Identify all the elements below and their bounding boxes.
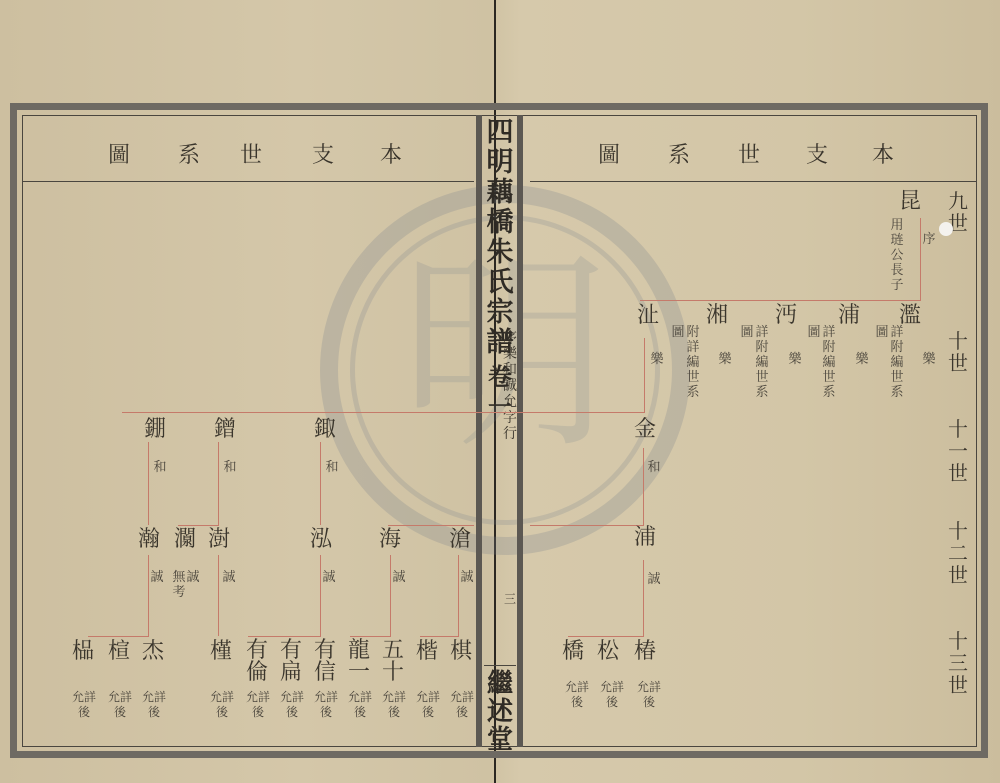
gen-label-13: 十三世: [946, 630, 970, 696]
right-header-char-4: 支: [806, 138, 828, 169]
lineage-line: [640, 300, 921, 301]
gen-mark: 誠: [222, 570, 236, 585]
person-left-13-7: 有信: [312, 640, 338, 684]
person-left-13-9: 五十: [380, 640, 406, 684]
right-header-rule: [530, 181, 976, 182]
person-pu: 浦: [632, 526, 658, 550]
left-header-rule: [22, 181, 474, 182]
person-note: 允詳後: [635, 680, 663, 710]
lineage-line: [88, 636, 149, 637]
person-note: 允詳後: [244, 690, 272, 720]
left-header-char-3: 世: [240, 138, 262, 169]
person-left-12-5: 海: [377, 528, 403, 552]
lineage-line: [568, 636, 644, 637]
lineage-line: [420, 636, 459, 637]
lineage-line: [390, 555, 391, 636]
gen-mark: 樂: [650, 352, 664, 367]
gen-mark: 和: [325, 460, 339, 475]
lineage-line: [148, 555, 149, 636]
person-left-12-6: 滄: [447, 528, 473, 552]
person-left-13-3: 杰: [140, 640, 166, 664]
person-left-11-3: 鋷: [312, 418, 338, 442]
person-note: 附詳編世系: [686, 325, 700, 400]
person-note: 允詳後: [414, 690, 442, 720]
right-header-char-1: 圖: [598, 138, 620, 169]
person-left-13-1: 榀: [70, 640, 96, 664]
person-note: 允詳後: [278, 690, 306, 720]
gen-mark: 樂: [718, 352, 732, 367]
right-header-char-3: 世: [738, 138, 760, 169]
person-left-13-6: 有扁: [278, 640, 304, 684]
person-tag: 圖: [807, 325, 821, 340]
lineage-line: [122, 412, 645, 413]
person-left-11-1: 錋: [142, 418, 168, 442]
lineage-line: [148, 442, 149, 525]
person-note: 詳附編世系: [890, 325, 904, 400]
gen-mark: 樂: [922, 352, 936, 367]
person-note: 允詳後: [380, 690, 408, 720]
person-left-13-4: 槿: [208, 640, 234, 664]
binding-hole: [939, 222, 953, 236]
lineage-line: [530, 525, 644, 526]
person-note: 用琏公長子: [890, 218, 904, 293]
person-note: 詳附編世系: [822, 325, 836, 400]
person-note: 詳附編世系: [755, 325, 769, 400]
gen-mark: 誠: [647, 572, 661, 587]
person-gen10-2: 浦: [836, 304, 862, 328]
person-note: 允詳後: [106, 690, 134, 720]
person-left-13-11: 棋: [448, 640, 474, 664]
page-number: 三: [500, 590, 520, 607]
person-tag: 圖: [671, 325, 685, 340]
lineage-line: [643, 560, 644, 636]
person-note: 允詳後: [140, 690, 168, 720]
person-qiao: 橋: [560, 640, 586, 664]
person-note: 允詳後: [208, 690, 236, 720]
person-note: 允詳後: [70, 690, 98, 720]
person-left-13-8: 龍一: [346, 640, 372, 684]
person-note: 允詳後: [598, 680, 626, 710]
person-tag: 圖: [740, 325, 754, 340]
hall-name: 繼述堂: [484, 665, 516, 754]
gen-mark-xu: 序: [922, 232, 936, 247]
gen-mark: 樂: [855, 352, 869, 367]
lineage-line: [644, 338, 645, 412]
person-left-12-2: 灁: [172, 528, 198, 552]
lineage-line: [350, 636, 391, 637]
person-note: 允詳後: [448, 690, 476, 720]
person-gen10-5: 沚: [635, 304, 661, 328]
gen-mark: 誠: [186, 570, 200, 585]
generation-characters: 序樂和誠允字行: [500, 330, 520, 442]
lineage-line: [320, 442, 321, 525]
gen-label-10: 十世: [946, 330, 970, 374]
gen-mark: 和: [223, 460, 237, 475]
genealogy-title: 四明藕橋朱氏宗譜: [484, 118, 516, 358]
person-kun: 昆: [897, 190, 923, 214]
person-left-12-4: 泓: [308, 528, 334, 552]
gen-label-12: 十二世: [946, 520, 970, 586]
lineage-line: [320, 555, 321, 636]
person-left-12-1: 瀚: [136, 528, 162, 552]
person-gen10-3: 沔: [773, 304, 799, 328]
lineage-line: [920, 218, 921, 300]
gen-mark: 誠: [392, 570, 406, 585]
person-left-13-2: 楦: [106, 640, 132, 664]
left-header-char-2: 系: [178, 138, 200, 169]
lineage-line: [178, 525, 219, 526]
lineage-line: [643, 448, 644, 526]
gen-mark: 誠: [150, 570, 164, 585]
left-header-char-4: 支: [312, 138, 334, 169]
person-jin: 金: [632, 418, 658, 442]
left-header-char-5: 本: [380, 138, 402, 169]
gen-mark: 誠: [460, 570, 474, 585]
person-left-13-5: 有倫: [244, 640, 270, 684]
left-header-char-1: 圖: [108, 138, 130, 169]
spine-bar-left: [476, 115, 482, 747]
person-left-12-3: 澍: [206, 528, 232, 552]
lineage-line: [458, 555, 459, 636]
right-header-char-5: 本: [872, 138, 894, 169]
person-left-11-2: 鏳: [212, 418, 238, 442]
lineage-line: [388, 525, 474, 526]
gen-label-11: 十一世: [946, 418, 970, 484]
person-tag: 圖: [875, 325, 889, 340]
gen-mark: 樂: [788, 352, 802, 367]
gen-mark: 誠: [322, 570, 336, 585]
person-gen10-4: 湘: [704, 304, 730, 328]
right-header-char-2: 系: [668, 138, 690, 169]
gen-mark: 和: [647, 460, 661, 475]
lineage-line: [218, 555, 219, 636]
lineage-line: [218, 442, 219, 525]
person-chun: 椿: [632, 640, 658, 664]
person-note: 允詳後: [312, 690, 340, 720]
person-note: 允詳後: [563, 680, 591, 710]
person-note: 允詳後: [346, 690, 374, 720]
person-song: 松: [595, 640, 621, 664]
person-note-unknown: 無考: [172, 570, 186, 600]
person-left-13-10: 楷: [414, 640, 440, 664]
lineage-line: [248, 636, 321, 637]
gen-mark: 和: [153, 460, 167, 475]
